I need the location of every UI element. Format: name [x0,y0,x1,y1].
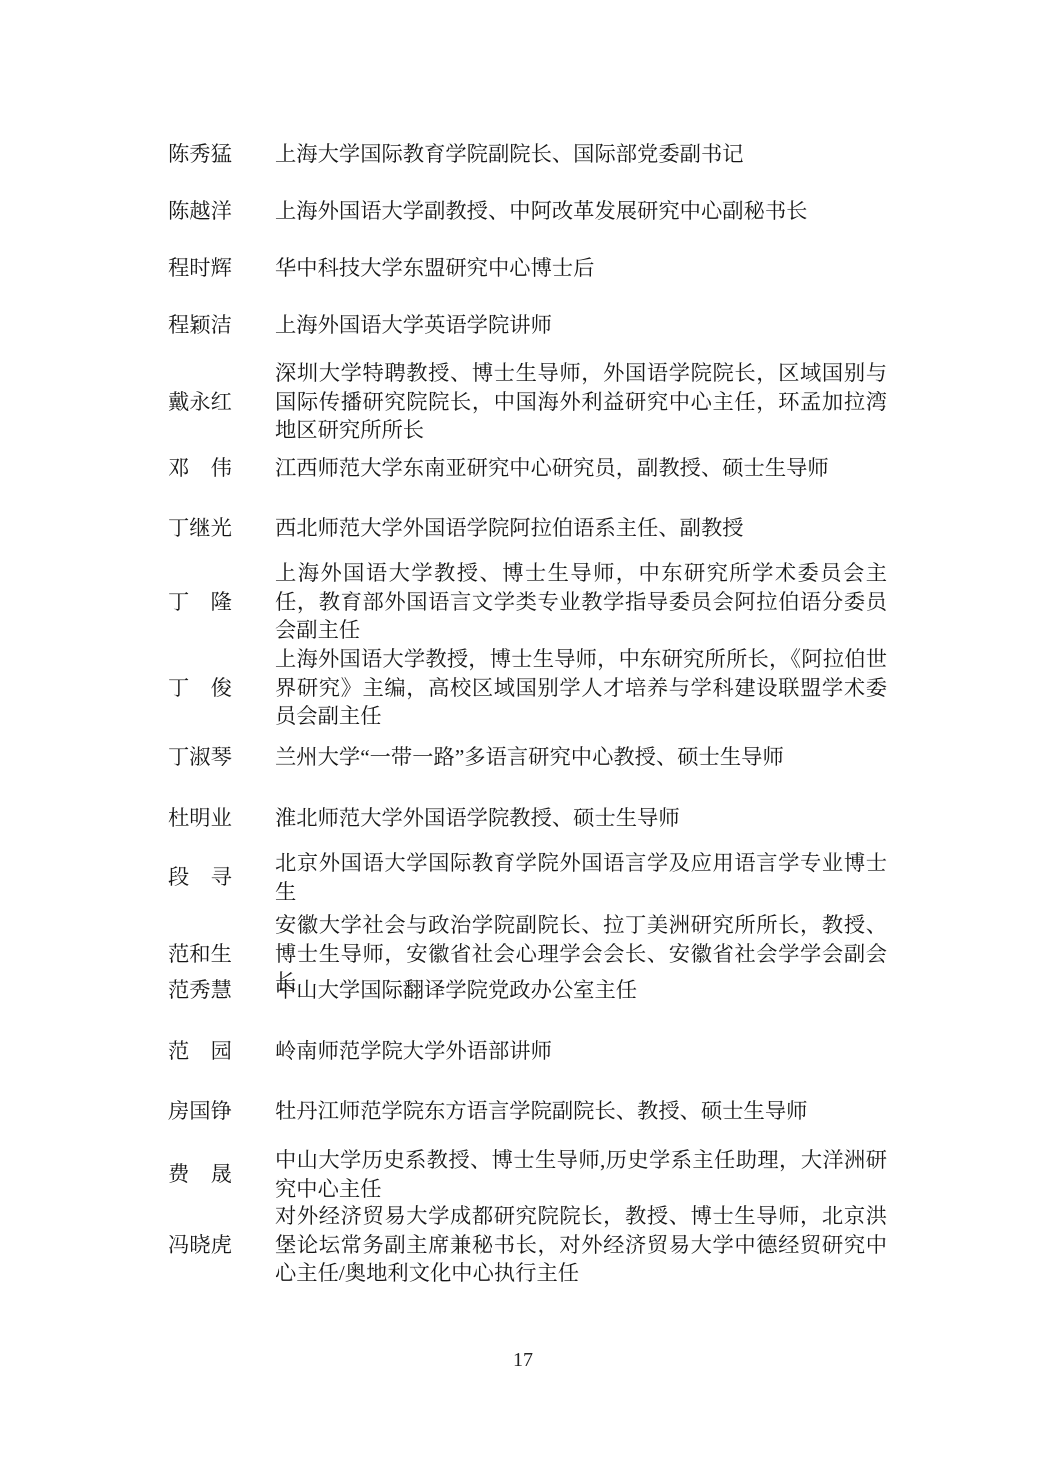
person-name: 陈越洋 [168,197,233,226]
directory-entry: 程时辉 华中科技大学东盟研究中心博士后 [168,254,888,283]
person-name: 程颖洁 [168,311,233,340]
directory-entry: 丁继光 西北师范大学外国语学院阿拉伯语系主任、副教授 [168,514,888,543]
person-description: 江西师范大学东南亚研究中心研究员，副教授、硕士生导师 [275,454,887,483]
person-description: 上海外国语大学教授，博士生导师，中东研究所所长，《阿拉伯世界研究》主编，高校区域… [275,645,887,731]
person-name: 陈秀猛 [168,140,233,169]
directory-entry: 丁 俊 上海外国语大学教授，博士生导师，中东研究所所长，《阿拉伯世界研究》主编，… [168,645,888,731]
directory-entry: 冯晓虎 对外经济贸易大学成都研究院院长，教授、博士生导师，北京洪堡论坛常务副主席… [168,1202,888,1288]
person-description: 上海外国语大学副教授、中阿改革发展研究中心副秘书长 [275,197,887,226]
person-name: 丁淑琴 [168,743,233,772]
directory-entry: 丁 隆 上海外国语大学教授、博士生导师，中东研究所学术委员会主任，教育部外国语言… [168,559,888,645]
directory-entry: 陈秀猛 上海大学国际教育学院副院长、国际部党委副书记 [168,140,888,169]
person-description: 北京外国语大学国际教育学院外国语言学及应用语言学专业博士生 [275,849,887,906]
document-page: 陈秀猛 上海大学国际教育学院副院长、国际部党委副书记 陈越洋 上海外国语大学副教… [0,0,1046,1476]
person-description: 淮北师范大学外国语学院教授、硕士生导师 [275,804,887,833]
person-name: 房国铮 [168,1097,233,1126]
person-description: 深圳大学特聘教授、博士生导师，外国语学院院长，区域国别与国际传播研究院院长，中国… [275,359,887,445]
person-name: 丁 隆 [168,588,233,617]
directory-entry: 程颖洁 上海外国语大学英语学院讲师 [168,311,888,340]
person-description: 岭南师范学院大学外语部讲师 [275,1037,887,1066]
person-name: 杜明业 [168,804,233,833]
person-name: 程时辉 [168,254,233,283]
person-description: 上海大学国际教育学院副院长、国际部党委副书记 [275,140,887,169]
directory-entry: 戴永红 深圳大学特聘教授、博士生导师，外国语学院院长，区域国别与国际传播研究院院… [168,359,888,445]
person-name: 冯晓虎 [168,1231,233,1260]
person-description: 华中科技大学东盟研究中心博士后 [275,254,887,283]
directory-entry: 杜明业 淮北师范大学外国语学院教授、硕士生导师 [168,804,888,833]
directory-entry: 邓 伟 江西师范大学东南亚研究中心研究员，副教授、硕士生导师 [168,454,888,483]
person-description: 上海外国语大学教授、博士生导师，中东研究所学术委员会主任，教育部外国语言文学类专… [275,559,887,645]
person-name: 费 晟 [168,1160,233,1189]
person-description: 中山大学历史系教授、博士生导师,历史学系主任助理，大洋洲研究中心主任 [275,1146,887,1203]
directory-entry: 范 园 岭南师范学院大学外语部讲师 [168,1037,888,1066]
directory-entry: 费 晟 中山大学历史系教授、博士生导师,历史学系主任助理，大洋洲研究中心主任 [168,1146,888,1203]
person-name: 丁继光 [168,514,233,543]
directory-entry: 范秀慧 中山大学国际翻译学院党政办公室主任 [168,976,888,1005]
person-name: 丁 俊 [168,674,233,703]
person-name: 段 寻 [168,863,233,892]
person-name: 邓 伟 [168,454,233,483]
person-name: 戴永红 [168,388,233,417]
person-description: 兰州大学“一带一路”多语言研究中心教授、硕士生导师 [275,743,887,772]
directory-entry: 陈越洋 上海外国语大学副教授、中阿改革发展研究中心副秘书长 [168,197,888,226]
person-name: 范秀慧 [168,976,233,1005]
page-number: 17 [0,1348,1046,1372]
directory-entry: 房国铮 牡丹江师范学院东方语言学院副院长、教授、硕士生导师 [168,1097,888,1126]
person-description: 上海外国语大学英语学院讲师 [275,311,887,340]
person-description: 西北师范大学外国语学院阿拉伯语系主任、副教授 [275,514,887,543]
person-description: 对外经济贸易大学成都研究院院长，教授、博士生导师，北京洪堡论坛常务副主席兼秘书长… [275,1202,887,1288]
directory-entry: 段 寻 北京外国语大学国际教育学院外国语言学及应用语言学专业博士生 [168,849,888,906]
directory-entry: 丁淑琴 兰州大学“一带一路”多语言研究中心教授、硕士生导师 [168,743,888,772]
person-name: 范 园 [168,1037,233,1066]
person-description: 中山大学国际翻译学院党政办公室主任 [275,976,887,1005]
person-description: 牡丹江师范学院东方语言学院副院长、教授、硕士生导师 [275,1097,887,1126]
person-name: 范和生 [168,940,233,969]
